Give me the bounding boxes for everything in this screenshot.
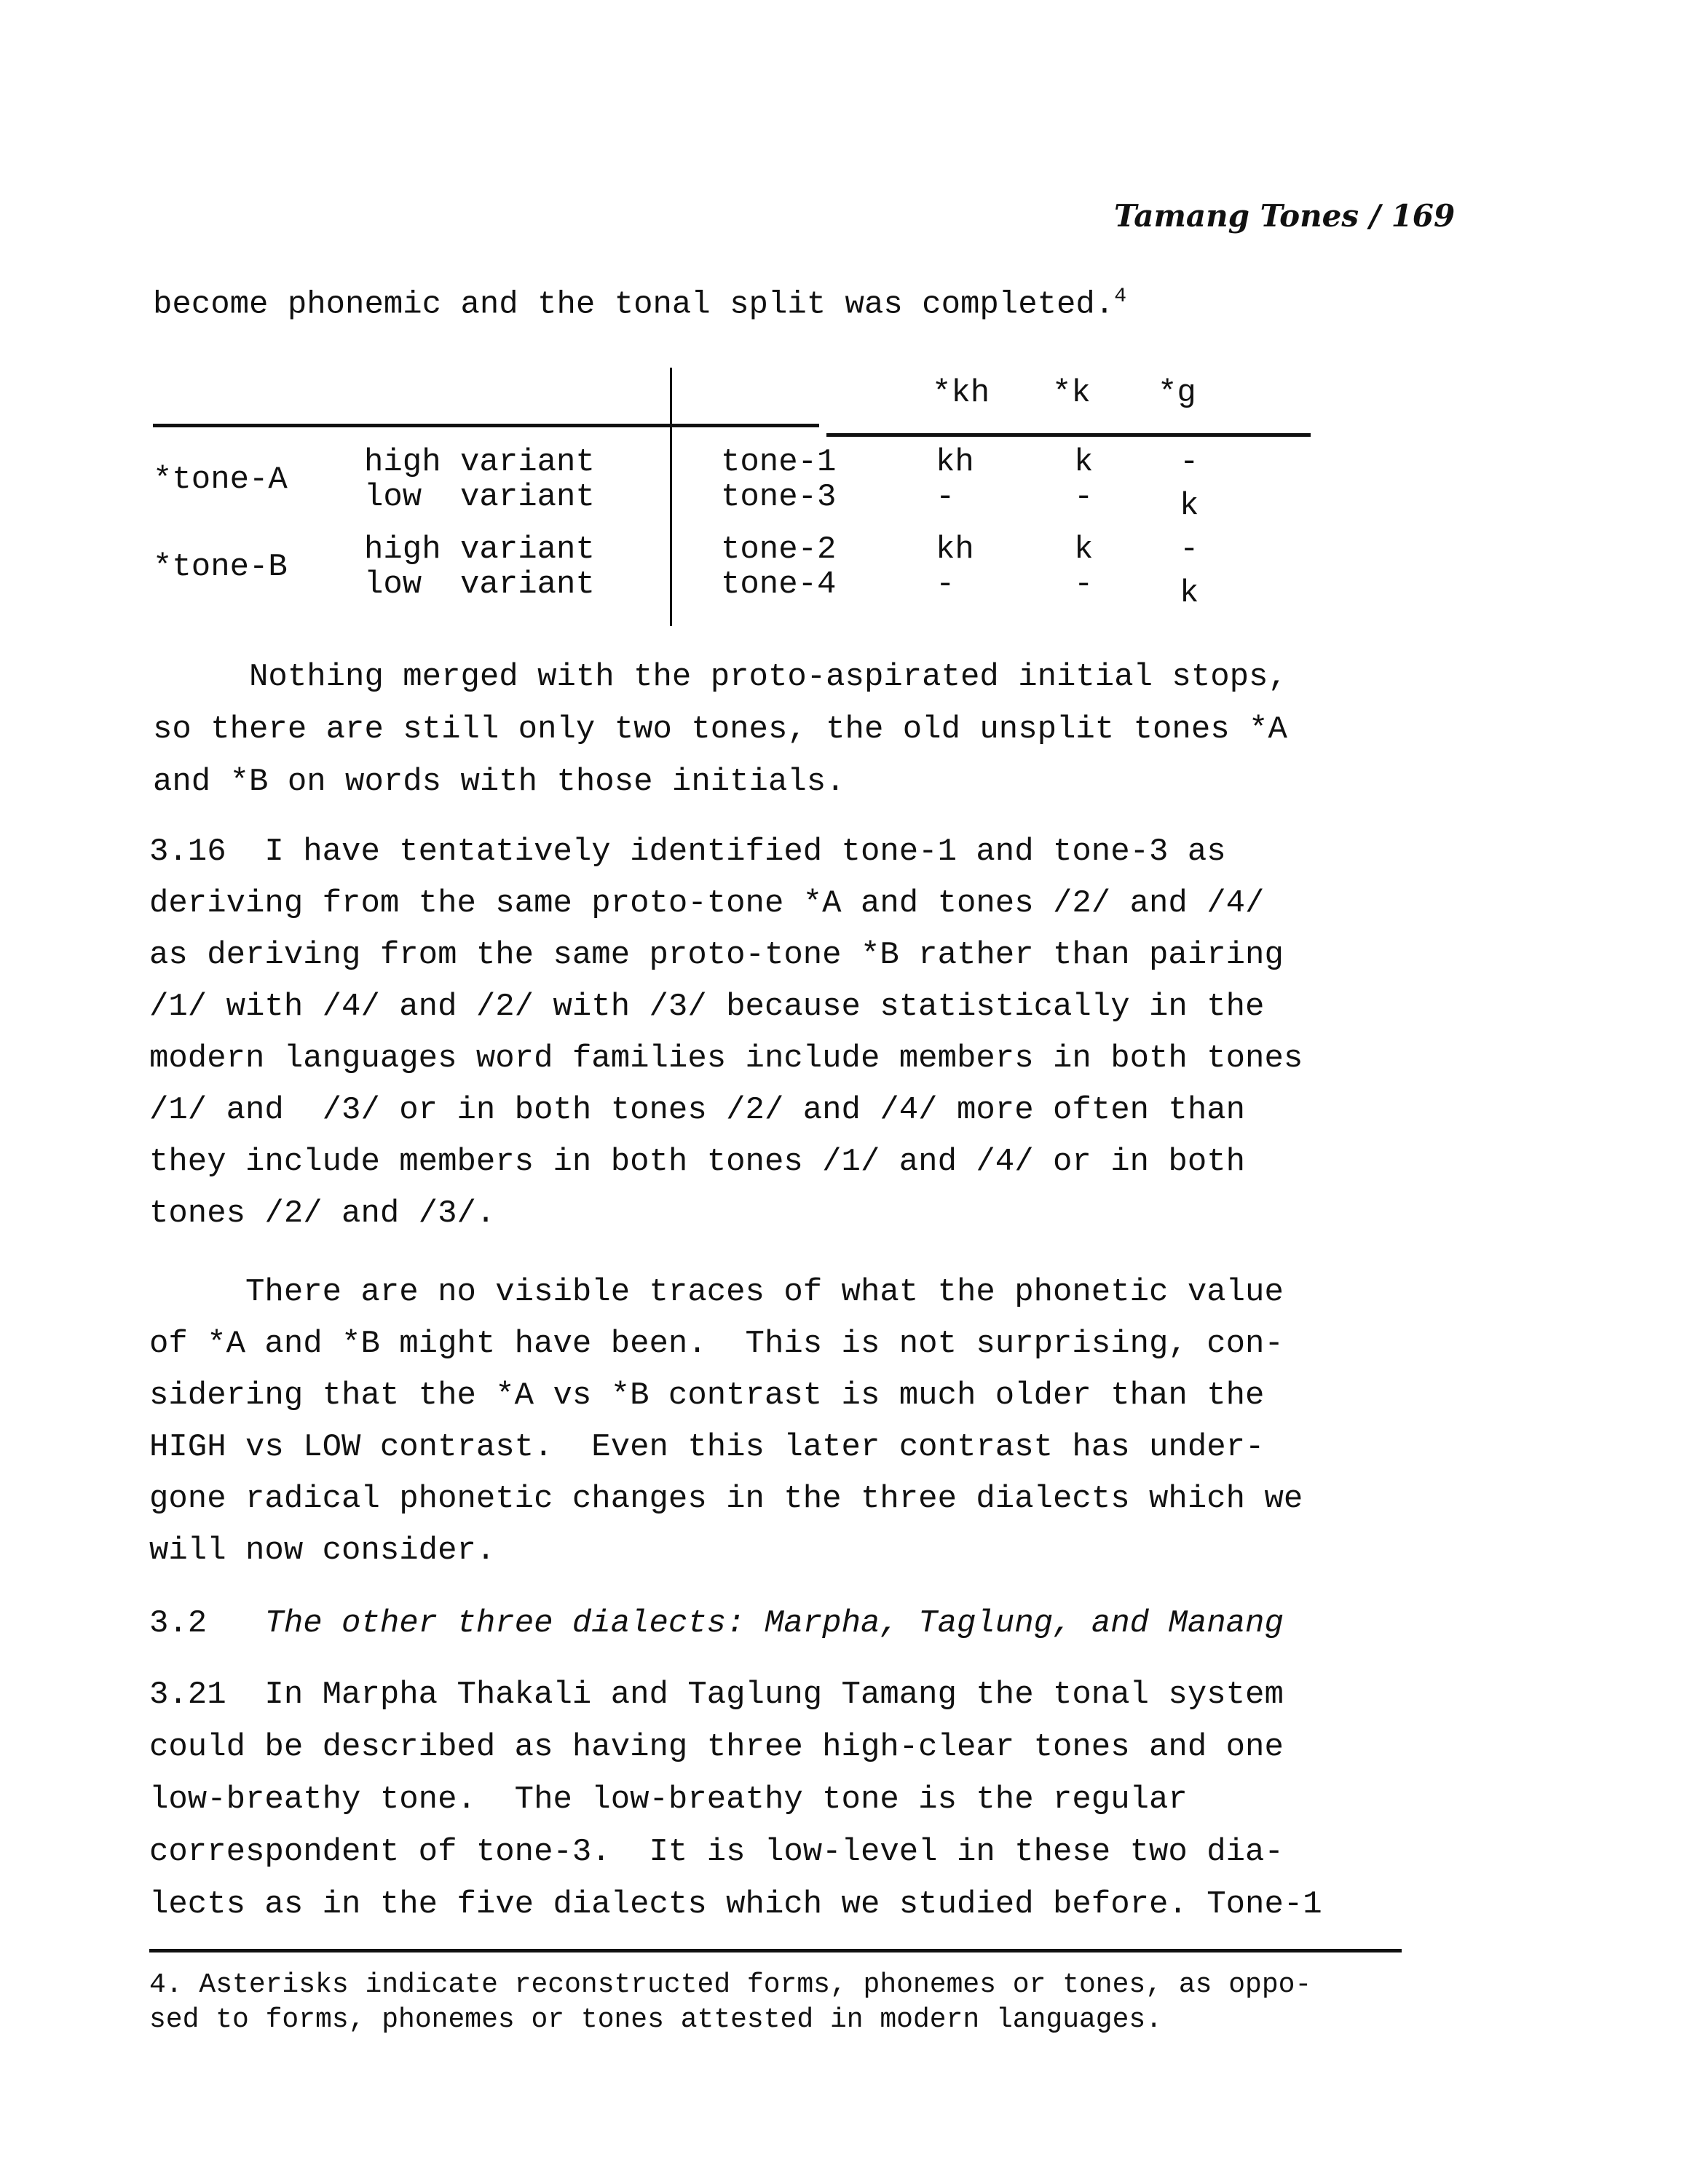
table-vertical-rule: [670, 368, 672, 626]
table-cell: k: [1180, 488, 1199, 524]
text-line: HIGH vs LOW contrast. Even this later co…: [149, 1429, 1264, 1465]
tone: tone-2: [721, 531, 836, 568]
variant: high variant: [364, 531, 595, 568]
table-cell: -: [936, 479, 955, 515]
tone: tone-4: [721, 566, 836, 603]
table-cell: -: [1074, 479, 1093, 515]
text-line: deriving from the same proto-tone *A and…: [149, 885, 1264, 922]
variant: high variant: [364, 444, 595, 480]
text-line: sed to forms, phonemes or tones attested…: [149, 2004, 1162, 2035]
col-header: *kh: [932, 375, 990, 411]
text-line: /1/ and /3/ or in both tones /2/ and /4/…: [149, 1092, 1245, 1128]
section-heading: 3.2 The other three dialects: Marpha, Ta…: [149, 1605, 1284, 1642]
footnote-ref: 4: [1114, 285, 1126, 308]
text-line: There are no visible traces of what the …: [149, 1274, 1284, 1310]
text-line: gone radical phonetic changes in the thr…: [149, 1481, 1303, 1517]
text-line: lects as in the five dialects which we s…: [149, 1886, 1322, 1923]
table-cell: k: [1180, 575, 1199, 612]
col-header: *g: [1158, 375, 1196, 411]
table-cell: -: [1074, 566, 1093, 603]
table-cell: -: [1180, 444, 1199, 480]
text-line: /1/ with /4/ and /2/ with /3/ because st…: [149, 989, 1264, 1025]
tone: tone-1: [721, 444, 836, 480]
text-line: 3.21 In Marpha Thakali and Taglung Taman…: [149, 1677, 1284, 1713]
table-cell: kh: [936, 444, 974, 480]
table-cell: k: [1074, 531, 1093, 568]
text-line: as deriving from the same proto-tone *B …: [149, 937, 1284, 973]
text-line: low-breathy tone. The low-breathy tone i…: [149, 1781, 1188, 1818]
footnote-rule: [149, 1949, 1402, 1952]
text-line: of *A and *B might have been. This is no…: [149, 1326, 1284, 1362]
text-line: they include members in both tones /1/ a…: [149, 1144, 1245, 1180]
proto-tone: *tone-A: [153, 462, 288, 498]
text-line: 4. Asterisks indicate reconstructed form…: [149, 1969, 1311, 2001]
intro-line: become phonemic and the tonal split was …: [153, 285, 1126, 323]
col-header: *k: [1052, 375, 1091, 411]
text-line: Nothing merged with the proto-aspirated …: [153, 659, 1287, 695]
table-cell: k: [1074, 444, 1093, 480]
text-line: and *B on words with those initials.: [153, 764, 845, 800]
proto-tone: *tone-B: [153, 549, 288, 585]
text-line: will now consider.: [149, 1532, 495, 1569]
text-line: modern languages word families include m…: [149, 1040, 1303, 1077]
text-line: sidering that the *A vs *B contrast is m…: [149, 1377, 1264, 1414]
section-title: The other three dialects: Marpha, Taglun…: [264, 1605, 1283, 1642]
table-cell: -: [1180, 531, 1199, 568]
table-cell: kh: [936, 531, 974, 568]
table-rule-left: [153, 424, 819, 427]
variant: low variant: [364, 479, 595, 515]
text-line: 3.16 I have tentatively identified tone-…: [149, 834, 1226, 870]
text-line: correspondent of tone-3. It is low-level…: [149, 1834, 1284, 1870]
tone: tone-3: [721, 479, 836, 515]
text-line: so there are still only two tones, the o…: [153, 711, 1287, 748]
variant: low variant: [364, 566, 595, 603]
table-rule-right: [826, 433, 1311, 437]
running-header: Tamang Tones / 169: [1114, 198, 1455, 234]
text-line: tones /2/ and /3/.: [149, 1195, 495, 1232]
text-line: could be described as having three high-…: [149, 1729, 1284, 1765]
table-cell: -: [936, 566, 955, 603]
section-number: 3.2: [149, 1605, 207, 1642]
intro-text: become phonemic and the tonal split was …: [153, 287, 1114, 323]
